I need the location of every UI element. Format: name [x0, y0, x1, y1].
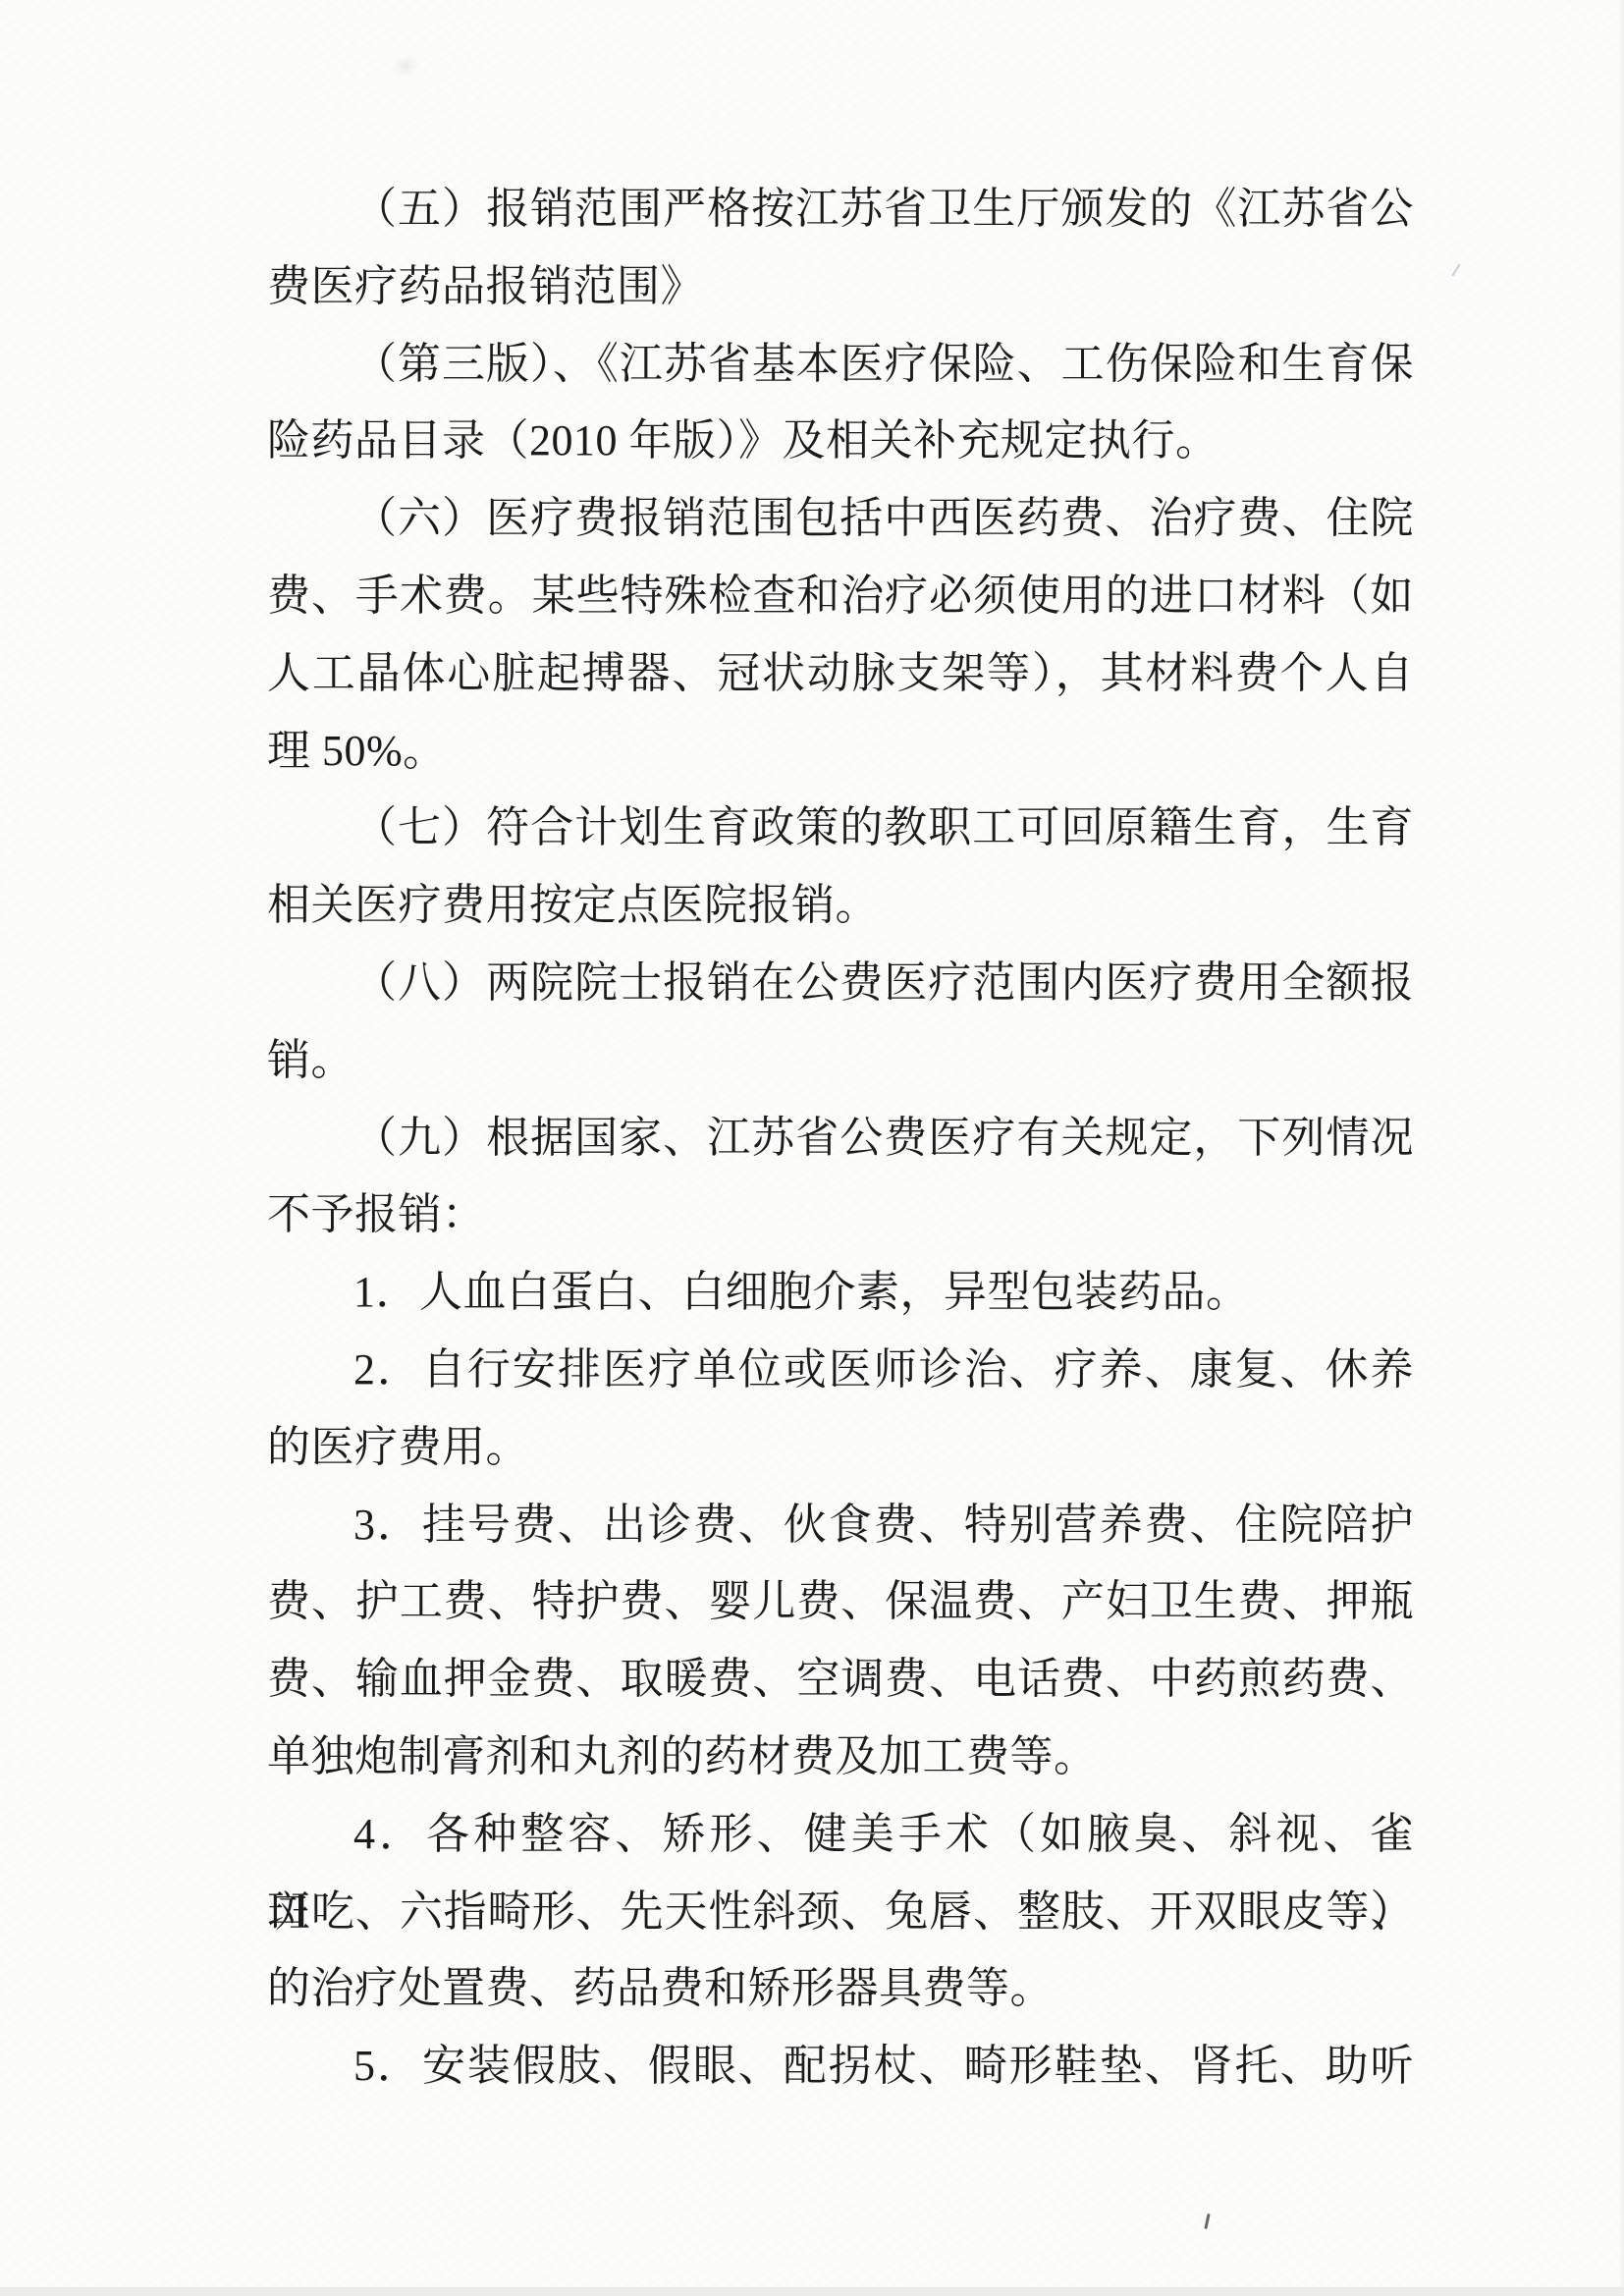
text-line: 4．各种整容、矫形、健美手术（如腋臭、斜视、雀斑、: [267, 1796, 1414, 1874]
document-body: （五）报销范围严格按江苏省卫生厅颁发的《江苏省公费医疗药品报销范围》（第三版）、…: [267, 171, 1414, 2105]
text-line: （九）根据国家、江苏省公费医疗有关规定，下列情况: [267, 1100, 1414, 1177]
text-line: 费医疗药品报销范围》: [267, 248, 1414, 326]
text-line: 不予报销：: [267, 1176, 1414, 1254]
text-line: 的治疗处置费、药品费和矫形器具费等。: [267, 1950, 1414, 2028]
page-edge-shadow-right: [1619, 0, 1624, 2296]
scan-tick-artifact: [1204, 2214, 1210, 2229]
text-line: 单独炮制膏剂和丸剂的药材费及加工费等。: [267, 1719, 1414, 1796]
text-line: 人工晶体心脏起搏器、冠状动脉支架等），其材料费个人自: [267, 635, 1414, 713]
text-line: （五）报销范围严格按江苏省卫生厅颁发的《江苏省公: [267, 171, 1414, 248]
text-line: 的医疗费用。: [267, 1409, 1414, 1487]
text-line: 1．人血白蛋白、白细胞介素，异型包装药品。: [267, 1254, 1414, 1332]
text-line: （六）医疗费报销范围包括中西医药费、治疗费、住院: [267, 480, 1414, 558]
text-line: （第三版）、《江苏省基本医疗保险、工伤保险和生育保: [267, 326, 1414, 404]
text-line: 2．自行安排医疗单位或医师诊治、疗养、康复、休养: [267, 1332, 1414, 1409]
text-line: 理 50%。: [267, 713, 1414, 791]
text-line: 销。: [267, 1022, 1414, 1100]
scan-smudge-artifact: [388, 51, 423, 82]
page-edge-shadow-bottom: [0, 2287, 1624, 2296]
text-line: 相关医疗费用按定点医院报销。: [267, 867, 1414, 945]
text-line: （八）两院院士报销在公费医疗范围内医疗费用全额报: [267, 945, 1414, 1022]
text-line: 费、输血押金费、取暖费、空调费、电话费、中药煎药费、: [267, 1641, 1414, 1719]
text-line: 费、手术费。某些特殊检查和治疗必须使用的进口材料（如: [267, 558, 1414, 635]
text-line: 3．挂号费、出诊费、伙食费、特别营养费、住院陪护: [267, 1487, 1414, 1564]
text-line: 险药品目录（2010 年版）》及相关补充规定执行。: [267, 403, 1414, 480]
text-line: 5．安装假肢、假眼、配拐杖、畸形鞋垫、肾托、助听: [267, 2028, 1414, 2105]
text-line: （七）符合计划生育政策的教职工可回原籍生育，生育: [267, 790, 1414, 867]
scan-slash-artifact: [1451, 264, 1460, 277]
text-line: 口吃、六指畸形、先天性斜颈、兔唇、整肢、开双眼皮等）: [267, 1874, 1414, 1951]
text-line: 费、护工费、特护费、婴儿费、保温费、产妇卫生费、押瓶: [267, 1563, 1414, 1641]
scanned-document-page: （五）报销范围严格按江苏省卫生厅颁发的《江苏省公费医疗药品报销范围》（第三版）、…: [0, 0, 1624, 2296]
